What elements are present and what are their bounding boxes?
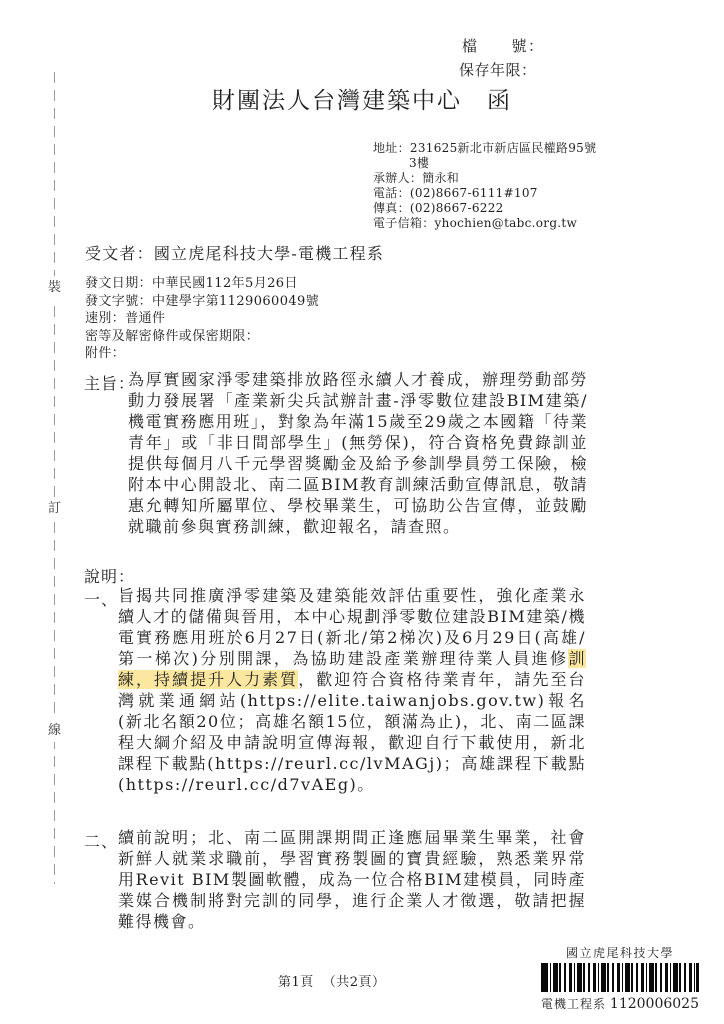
priority-row: 速別：普通件: [85, 310, 319, 328]
sender-address-row: 地址：231625新北市新店區民權路95號: [373, 141, 718, 156]
phone-label: 電話：: [373, 186, 410, 200]
address-value: 231625新北市新店區民權路95號: [410, 141, 596, 155]
sender-email-row: 電子信箱：yhochien@tabc.org.tw: [373, 216, 718, 231]
officer-label: 承辦人：: [373, 171, 422, 185]
current-page: 第1頁: [278, 971, 314, 990]
doc-number-label: 發文字號：: [85, 294, 152, 309]
binding-mark-ding: 訂: [47, 497, 62, 520]
file-number-label: 檔 號：: [462, 35, 545, 56]
stamp-receipt-number: 1120006025: [610, 996, 699, 1012]
fax-value: (02)8667-6222: [410, 201, 504, 215]
explanation-item1-number: 一、: [84, 587, 118, 610]
document-page: 裝 訂 線 檔 號： 保存年限： 財團法人台灣建築中心 函 地址：231625新…: [0, 0, 724, 1024]
email-label: 電子信箱：: [373, 216, 435, 230]
subject-text: 為厚實國家淨零建築排放路徑永續人才養成，辦理勞動部勞動力發展署「產業新尖兵試辦計…: [128, 369, 588, 537]
stamp-department: 電機工程系: [541, 995, 606, 1012]
explanation-item1-text: 旨揭共同推廣淨零建築及建築能效評估重要性，強化產業永續人才的儲備與晉用，本中心規…: [118, 585, 586, 795]
binding-dashed-line: [54, 72, 55, 884]
sender-fax-row: 傳真：(02)8667-6222: [373, 201, 718, 216]
explanation-item2-text: 續前說明；北、南二區開課期間正逢應屆畢業生畢業，社會新鮮人就業求職前，學習實務製…: [118, 827, 586, 932]
recipient-row: 受文者：國立虎尾科技大學-電機工程系: [85, 241, 384, 264]
issue-date-label: 發文日期：: [85, 276, 152, 291]
explanation-label: 說明：: [84, 564, 135, 587]
retention-period-label: 保存年限：: [459, 59, 537, 80]
binding-mark-zhuang: 裝: [47, 276, 62, 299]
officer-name: 簡永和: [422, 171, 459, 185]
secrecy-label: 密等及解密條件或保密期限：: [85, 329, 259, 344]
address-value-line2: 3樓: [409, 156, 429, 170]
sender-info-block: 地址：231625新北市新店區民權路95號 3樓 承辦人：簡永和 電話：(02)…: [373, 141, 718, 231]
attachment-row: 附件：: [85, 345, 319, 363]
total-pages: （共2頁）: [323, 971, 386, 990]
phone-value: (02)8667-6111#107: [410, 186, 538, 200]
issue-date-value: 中華民國112年5月26日: [152, 276, 298, 291]
recipient-name: 國立虎尾科技大學-電機工程系: [154, 244, 384, 263]
doc-number-row: 發文字號：中建學字第1129060049號: [85, 293, 319, 311]
barcode: [541, 963, 699, 992]
binding-mark-xian: 線: [47, 719, 62, 742]
document-title: 財團法人台灣建築中心 函: [212, 82, 512, 115]
stamp-bottom-row: 電機工程系 1120006025: [541, 995, 699, 1012]
address-label: 地址：: [373, 141, 410, 155]
fax-label: 傳真：: [373, 201, 410, 215]
recipient-label: 受文者：: [85, 244, 154, 263]
issue-date-row: 發文日期：中華民國112年5月26日: [85, 275, 319, 293]
attachment-label: 附件：: [85, 346, 125, 361]
page-number: 第1頁 （共2頁）: [278, 971, 386, 990]
stamp-university-name: 國立虎尾科技大學: [541, 946, 699, 961]
item1-text-before: 旨揭共同推廣淨零建築及建築能效評估重要性，強化產業永續人才的儲備與晉用，本中心規…: [118, 586, 586, 668]
sender-phone-row: 電話：(02)8667-6111#107: [373, 186, 718, 201]
doc-number-value: 中建學字第1129060049號: [152, 294, 319, 309]
explanation-item2-number: 二、: [84, 829, 118, 852]
sender-address-row2: 3樓: [373, 156, 718, 171]
priority-value: 普通件: [125, 311, 165, 326]
priority-label: 速別：: [85, 311, 125, 326]
document-meta-block: 發文日期：中華民國112年5月26日 發文字號：中建學字第1129060049號…: [85, 275, 319, 363]
secrecy-row: 密等及解密條件或保密期限：: [85, 328, 319, 346]
receiving-stamp: 國立虎尾科技大學 電機工程系 1120006025: [541, 946, 699, 1012]
sender-officer-row: 承辦人：簡永和: [373, 171, 718, 186]
email-value: yhochien@tabc.org.tw: [435, 216, 578, 230]
